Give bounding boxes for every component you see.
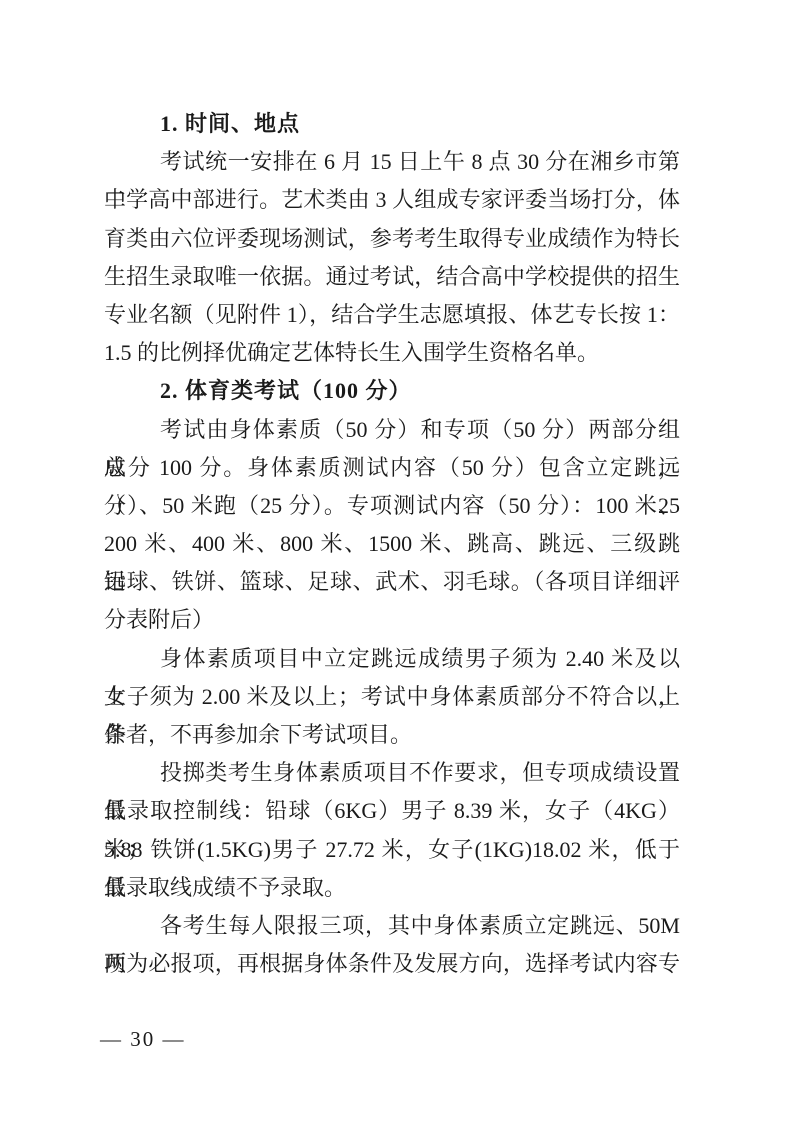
page-footer: — 30 — xyxy=(100,1026,186,1053)
document-page: 1. 时间、地点考试统一安排在 6 月 15 日上午 8 点 30 分在湘乡市第… xyxy=(0,0,793,1122)
text-line: 1.5 的比例择优确定艺体特长生入围学生资格名单。 xyxy=(104,334,680,372)
text-line: 身体素质项目中立定跳远成绩男子须为 2.40 米及以上， xyxy=(104,640,680,678)
text-line: 育类由六位评委现场测试，参考考生取得专业成绩作为特长 xyxy=(104,220,680,258)
text-line: 考试统一安排在 6 月 15 日上午 8 点 30 分在湘乡市第二 xyxy=(104,143,680,181)
text-line: 分）、50 米跑（25 分）。专项测试内容（50 分）：100 米、 xyxy=(104,487,680,525)
text-line: 低录取控制线：铅球（6KG）男子 8.39 米，女子（4KG）5.88 xyxy=(104,792,680,830)
text-line: 2. 体育类考试（100 分） xyxy=(104,372,680,410)
text-line: 项为必报项，再根据身体条件及发展方向，选择考试内容专 xyxy=(104,945,680,983)
document-body: 1. 时间、地点考试统一安排在 6 月 15 日上午 8 点 30 分在湘乡市第… xyxy=(104,105,680,983)
paragraph: 考试统一安排在 6 月 15 日上午 8 点 30 分在湘乡市第二中学高中部进行… xyxy=(104,143,680,372)
text-line: 米；铁饼(1.5KG)男子 27.72 米，女子(1KG)18.02 米，低于最 xyxy=(104,831,680,869)
text-line: 分表附后） xyxy=(104,601,680,639)
section-heading: 2. 体育类考试（100 分） xyxy=(104,372,680,410)
text-line: 考试由身体素质（50 分）和专项（50 分）两部分组成， xyxy=(104,411,680,449)
text-line: 低录取线成绩不予录取。 xyxy=(104,869,680,907)
text-line: 专业名额（见附件 1），结合学生志愿填报、体艺专长按 1： xyxy=(104,296,680,334)
text-line: 女子须为 2.00 米及以上；考试中身体素质部分不符合以上条 xyxy=(104,678,680,716)
paragraph: 各考生每人限报三项，其中身体素质立定跳远、50M 两项为必报项，再根据身体条件及… xyxy=(104,907,680,983)
paragraph: 投掷类考生身体素质项目不作要求，但专项成绩设置最低录取控制线：铅球（6KG）男子… xyxy=(104,754,680,907)
paragraph: 身体素质项目中立定跳远成绩男子须为 2.40 米及以上，女子须为 2.00 米及… xyxy=(104,640,680,755)
text-line: 200 米、400 米、800 米、1500 米、跳高、跳远、三级跳远、 xyxy=(104,525,680,563)
paragraph: 考试由身体素质（50 分）和专项（50 分）两部分组成，总分 100 分。身体素… xyxy=(104,411,680,640)
text-line: 各考生每人限报三项，其中身体素质立定跳远、50M 两 xyxy=(104,907,680,945)
text-line: 总分 100 分。身体素质测试内容（50 分）包含立定跳远（25 xyxy=(104,449,680,487)
text-line: 铅球、铁饼、篮球、足球、武术、羽毛球。（各项目详细评 xyxy=(104,563,680,601)
section-heading: 1. 时间、地点 xyxy=(104,105,680,143)
text-line: 中学高中部进行。艺术类由 3 人组成专家评委当场打分，体 xyxy=(104,181,680,219)
text-line: 投掷类考生身体素质项目不作要求，但专项成绩设置最 xyxy=(104,754,680,792)
text-line: 1. 时间、地点 xyxy=(104,105,680,143)
page-number: — 30 — xyxy=(100,1027,186,1051)
text-line: 件者，不再参加余下考试项目。 xyxy=(104,716,680,754)
text-line: 生招生录取唯一依据。通过考试，结合高中学校提供的招生 xyxy=(104,258,680,296)
